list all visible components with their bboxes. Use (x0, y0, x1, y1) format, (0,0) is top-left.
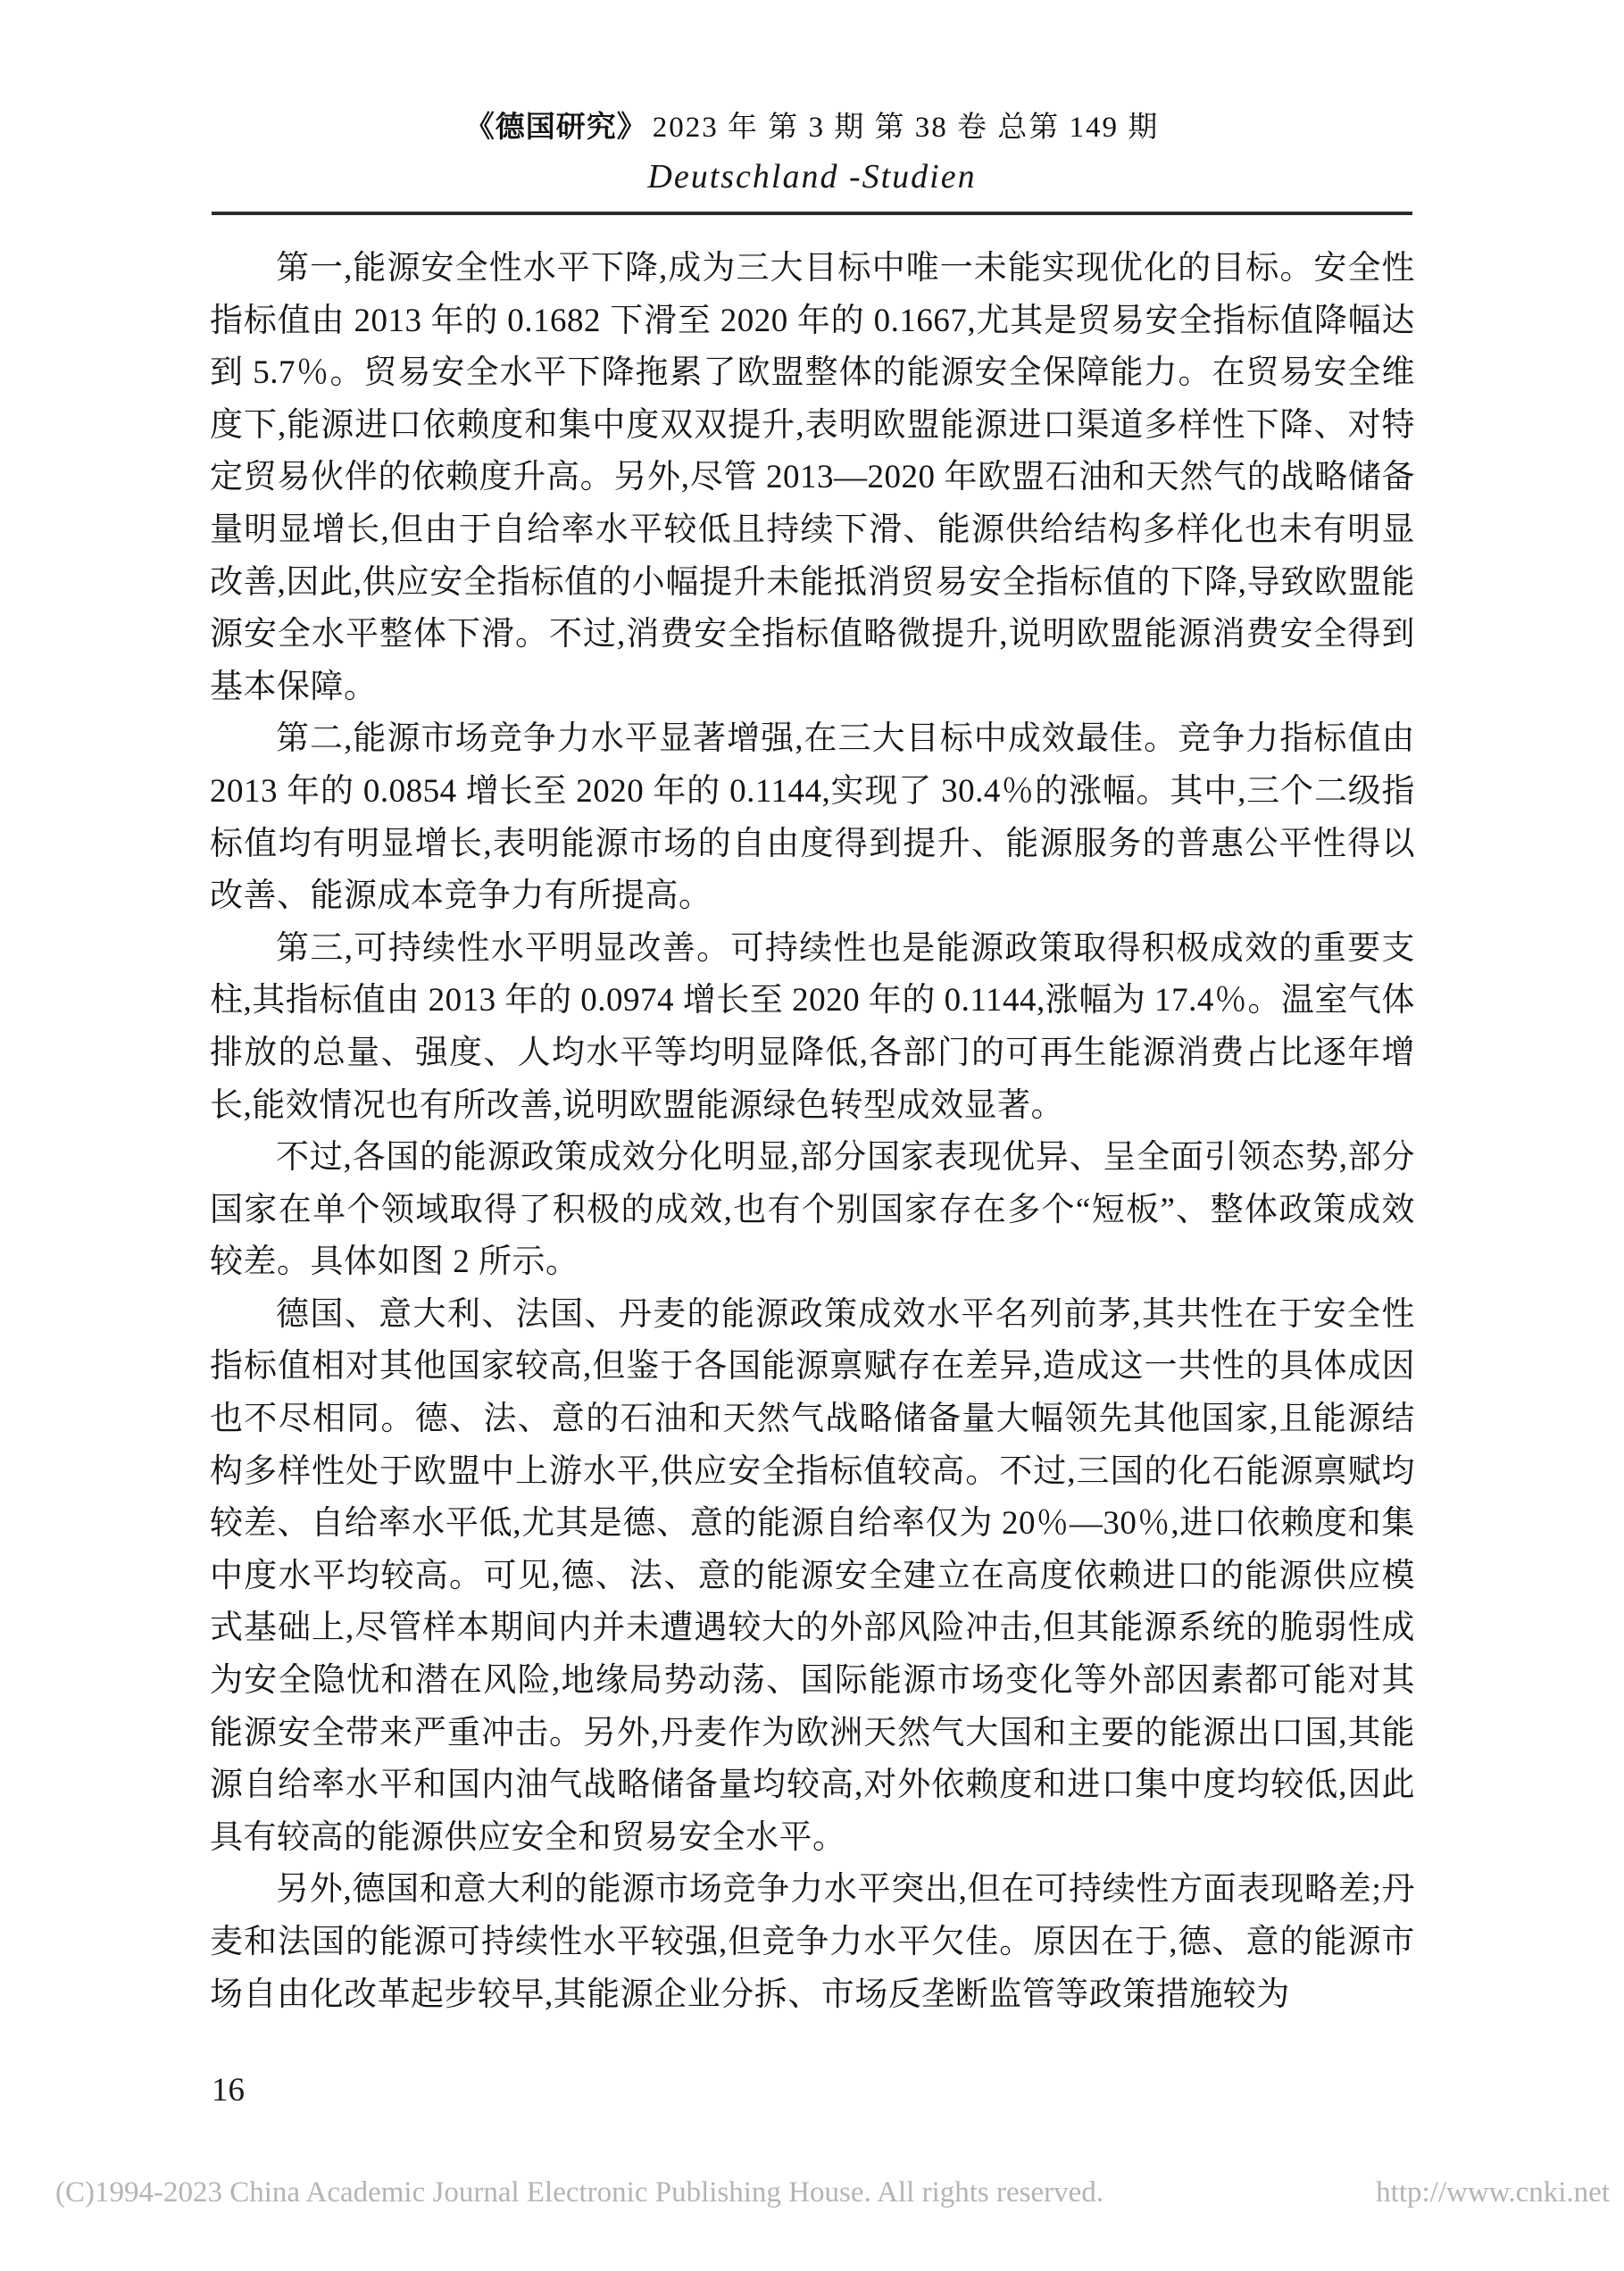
header-rule (212, 212, 1412, 215)
footer-url: http://www.cnki.net (1376, 2176, 1610, 2209)
paragraph-3: 第三,可持续性水平明显改善。可持续性也是能源政策取得积极成效的重要支柱,其指标值… (210, 923, 1415, 1132)
journal-page: 《德国研究》2023 年 第 3 期 第 38 卷 总第 149 期 Deuts… (0, 0, 1624, 2271)
article-body: 第一,能源安全性水平下降,成为三大目标中唯一未能实现优化的目标。安全性指标值由 … (210, 243, 1415, 2021)
page-number: 16 (212, 2071, 245, 2109)
copyright-text: (C)1994-2023 China Academic Journal Elec… (55, 2176, 1103, 2209)
journal-subtitle: Deutschland -Studien (0, 157, 1624, 196)
paragraph-1: 第一,能源安全性水平下降,成为三大目标中唯一未能实现优化的目标。安全性指标值由 … (210, 243, 1415, 713)
journal-name: 《德国研究》 (465, 110, 647, 143)
paragraph-5: 德国、意大利、法国、丹麦的能源政策成效水平名列前茅,其共性在于安全性指标值相对其… (210, 1289, 1415, 1865)
issue-info: 2023 年 第 3 期 第 38 卷 总第 149 期 (653, 112, 1160, 144)
paragraph-2: 第二,能源市场竞争力水平显著增强,在三大目标中成效最佳。竞争力指标值由 2013… (210, 713, 1415, 922)
paragraph-4: 不过,各国的能源政策成效分化明显,部分国家表现优异、呈全面引领态势,部分国家在单… (210, 1132, 1415, 1289)
journal-issue-line: 《德国研究》2023 年 第 3 期 第 38 卷 总第 149 期 (0, 109, 1624, 146)
paragraph-6: 另外,德国和意大利的能源市场竞争力水平突出,但在可持续性方面表现略差;丹麦和法国… (210, 1864, 1415, 2021)
copyright-footer: (C)1994-2023 China Academic Journal Elec… (55, 2176, 1610, 2209)
